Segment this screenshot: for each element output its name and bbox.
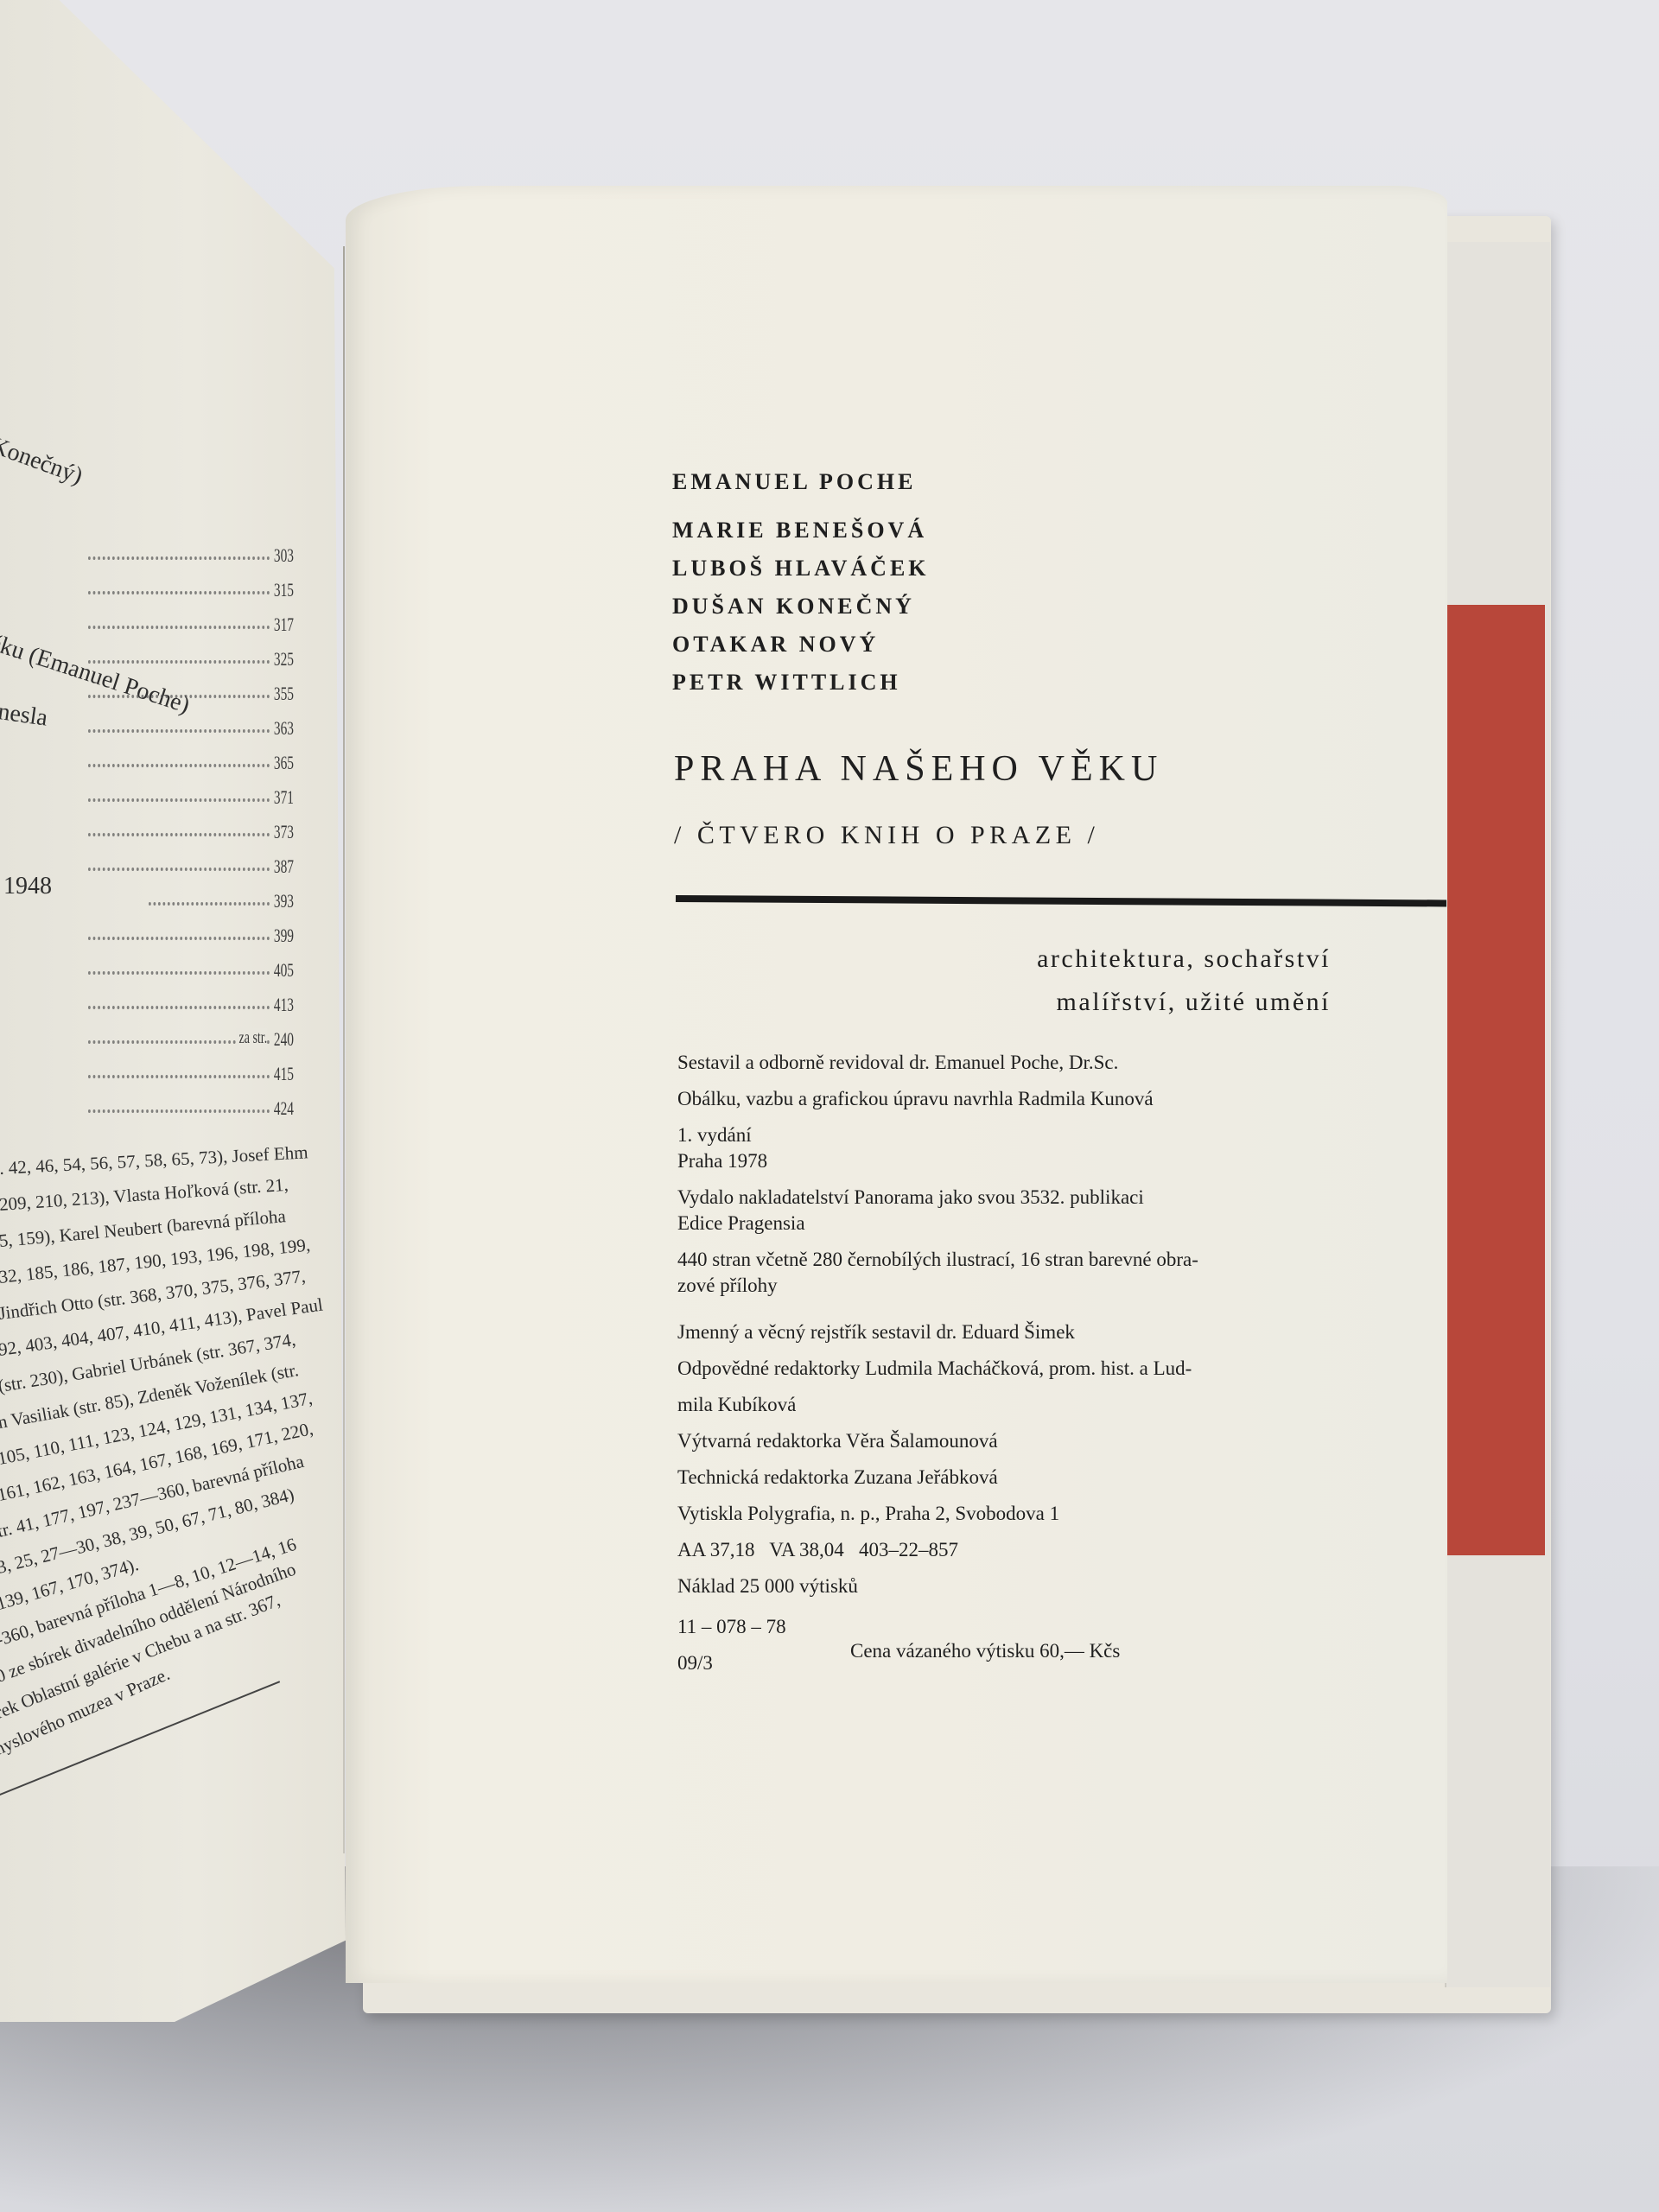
imprint-line: Odpovědné redaktorky Ludmila Macháčková,… — [677, 1356, 1334, 1382]
toc-page-number: 399 — [274, 925, 294, 947]
imprint-line: Náklad 25 000 výtisků — [677, 1573, 1334, 1599]
imprint-line: Technická redaktorka Zuzana Jeřábková — [677, 1465, 1334, 1491]
toc-page-number: 240 — [274, 1028, 294, 1051]
toc-row: 399 — [88, 925, 294, 950]
toc-row: 325 — [88, 648, 294, 674]
toc-page-number: 415 — [274, 1063, 294, 1085]
red-band-stripe — [1447, 605, 1545, 1555]
topic-line: malířství, užité umění — [821, 981, 1331, 1024]
toc-page-number: 363 — [274, 717, 294, 740]
toc-row: 393 — [88, 890, 294, 916]
toc-page-number: 365 — [274, 752, 294, 774]
toc-page-number: 413 — [274, 994, 294, 1016]
toc-row: 373 — [88, 821, 294, 847]
toc-page-number: 371 — [274, 786, 294, 809]
book-subtitle: / ČTVERO KNIH O PRAZE / — [674, 821, 1099, 850]
toc-page-number: 424 — [274, 1097, 294, 1120]
imprint-line: Výtvarná redaktorka Věra Šalamounová — [677, 1428, 1334, 1454]
toc-row: 303 — [88, 544, 294, 570]
author-name: EMANUEL POCHE — [672, 463, 930, 501]
toc-page-number: 393 — [274, 890, 294, 912]
toc-row: 387 — [88, 855, 294, 881]
toc-page-number: 303 — [274, 544, 294, 567]
imprint-line: Praha 1978 — [677, 1148, 1334, 1174]
imprint-line: Obálku, vazbu a grafickou úpravu navrhla… — [677, 1086, 1334, 1112]
imprint-line: Sestavil a odborně revidoval dr. Emanuel… — [677, 1050, 1334, 1076]
toc-row: 317 — [88, 613, 294, 639]
toc-page-number: 355 — [274, 683, 294, 705]
imprint-line: AA 37,18 VA 38,04 403–22–857 — [677, 1537, 1334, 1563]
toc-row: 371 — [88, 786, 294, 812]
topics: architektura, sochařství malířství, užit… — [821, 938, 1331, 1024]
imprint-line: 1. vydání — [677, 1122, 1334, 1148]
toc-row: 363 — [88, 717, 294, 743]
imprint-line: Vytiskla Polygrafia, n. p., Praha 2, Svo… — [677, 1501, 1334, 1527]
toc-row: 355 — [88, 683, 294, 709]
price-line: Cena vázaného výtisku 60,— Kčs — [850, 1640, 1120, 1662]
imprint: Sestavil a odborně revidoval dr. Emanuel… — [677, 1050, 1334, 1599]
imprint-line: Vydalo nakladatelství Panorama jako svou… — [677, 1185, 1334, 1211]
toc-page-number: 315 — [274, 579, 294, 601]
topic-line: architektura, sochařství — [821, 938, 1331, 981]
toc-entry-fragment: 1948 — [3, 873, 52, 900]
book-photo: Konečný) ěku (Emanuel Poche) nesla 1948 … — [0, 0, 1659, 2212]
author-name: OTAKAR NOVÝ — [672, 626, 930, 664]
toc-row: 315 — [88, 579, 294, 605]
toc-row: 405 — [88, 959, 294, 985]
imprint-line: mila Kubíková — [677, 1392, 1334, 1418]
author-name: DUŠAN KONEČNÝ — [672, 588, 930, 626]
book-gutter — [343, 246, 345, 1853]
imprint-line: 440 stran včetně 280 černobílých ilustra… — [677, 1247, 1334, 1273]
toc-row: 415 — [88, 1063, 294, 1089]
toc-page-number: 317 — [274, 613, 294, 636]
imprint-line: zové přílohy — [677, 1273, 1334, 1299]
toc-row: 413 — [88, 994, 294, 1020]
book-title: PRAHA NAŠEHO VĚKU — [674, 748, 1163, 790]
toc-page-number: 387 — [274, 855, 294, 878]
code-line: 11 – 078 – 78 — [677, 1614, 1334, 1640]
author-name: PETR WITTLICH — [672, 664, 930, 702]
toc-row: za str.240 — [88, 1028, 294, 1054]
toc-page-number: 373 — [274, 821, 294, 843]
toc-page-number: 405 — [274, 959, 294, 982]
imprint-line: Edice Pragensia — [677, 1211, 1334, 1236]
author-list: EMANUEL POCHE MARIE BENEŠOVÁ LUBOŠ HLAVÁ… — [672, 463, 930, 702]
toc-row: 424 — [88, 1097, 294, 1123]
author-name: MARIE BENEŠOVÁ — [672, 512, 930, 550]
imprint-line: Jmenný a věcný rejstřík sestavil dr. Edu… — [677, 1319, 1334, 1345]
toc-page-prefix: za str. — [237, 1028, 267, 1048]
publication-codes: 11 – 078 – 78 09/3 Cena vázaného výtisku… — [677, 1614, 1334, 1676]
toc-page-number: 325 — [274, 648, 294, 671]
author-name: LUBOŠ HLAVÁČEK — [672, 550, 930, 588]
toc-row: 365 — [88, 752, 294, 778]
